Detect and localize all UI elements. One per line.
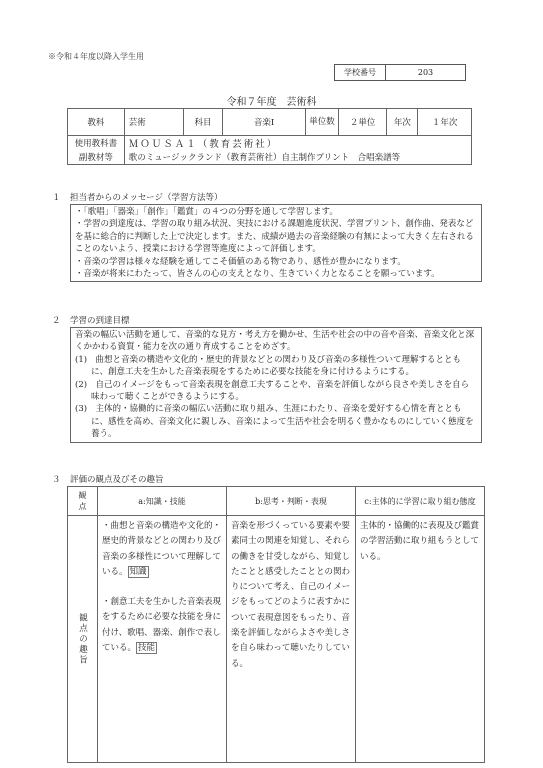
subject-area-label: 教科 [68,109,125,136]
message-line: ・「歌唱」「器楽」「創作」「鑑賞」の４つの分野を通して学習します。 [75,206,477,218]
row-label: 観点の趣旨 [77,613,89,666]
cell-knowledge-skills: ・曲想と音楽の構造や文化的・歴史的背景などとの関わり及び音楽の多様性について理解… [98,516,227,763]
skills-tag: 技能 [136,642,157,654]
goals-intro: 音楽の幅広い活動を通して、音楽的な見方・考え方を働かせ、生活や社会の中の音や音楽… [75,329,477,354]
school-number-box: 学校番号 203 [334,64,466,81]
section-3-title: 評価の観点及びその趣旨 [70,475,164,485]
knowledge-text: ・曲想と音楽の構造や文化的・歴史的背景などとの関わり及び音楽の多様性について理解… [102,521,221,577]
credits-label: 単位数 [305,109,338,136]
message-line: ・音楽の学習は様々な経験を通してこそ価値のある物であり、感性が豊かになります。 [75,256,477,268]
textbook-label: 使用教科書 [68,136,125,151]
cell-attitude: 主体的・協働的に表現及び鑑賞の学習活動に取り組もうとしている。 [356,516,485,763]
course-value: 音楽Ⅰ [223,109,306,136]
grade-label: 年次 [387,109,418,136]
grade-value: １年次 [418,109,472,136]
row-header: 観点の趣旨 [68,516,98,763]
skills-text: ・創意工夫を生かした音楽表現をするために必要な技能を身に付け、歌唱、器楽、創作で… [102,597,221,653]
teacher-message-box: ・「歌唱」「器楽」「創作」「鑑賞」の４つの分野を通して学習します。 ・学習の到達… [70,204,482,282]
message-line: ・学習の到達度は、学習の取り組み状況、実技における課題進度状況、学習プリント、創… [75,218,477,255]
subject-area-value: 芸術 [124,109,183,136]
section-3-heading: ３評価の観点及びその趣旨 [52,473,164,485]
column-header-b: b:思考・判断・表現 [227,487,356,516]
supplementary-value: 歌のミュージックランド（教育芸術社）自主制作プリント 合唱楽譜等 [124,150,471,165]
textbook-value: ＭＯＵＳＡ１（教育芸術社） [124,136,471,151]
goal-item: (3) 主体的・協働的に音楽の幅広い活動に取り組み、生涯にわたり、音楽を愛好する… [75,403,477,440]
supplementary-label: 副教材等 [68,150,125,165]
goal-item: (2) 自己のイメージをもって音楽表現を創意工夫することや、音楽を評価しながら良… [75,379,477,404]
section-2-number: ２ [52,314,70,326]
target-students-note: ※令和４年度以降入学生用 [48,51,144,62]
column-header-a: a:知識・技能 [98,487,227,516]
corner-label: 観点 [78,490,88,512]
page-title: 令和７年度 芸術科 [0,93,543,108]
section-1-title: 担当者からのメッセージ（学習方法等） [70,193,223,203]
section-1-heading: １担当者からのメッセージ（学習方法等） [52,191,223,203]
course-info-table: 教科 芸術 科目 音楽Ⅰ 単位数 ２単位 年次 １年次 使用教科書 ＭＯＵＳＡ１… [67,108,472,165]
goal-item: (1) 曲想と音楽の構造や文化的・歴史的背景などとの関わり及び音楽の多様性ついて… [75,354,477,379]
school-number-value: 203 [386,65,465,80]
evaluation-table: 観点 a:知識・技能 b:思考・判断・表現 c:主体的に学習に取り組む態度 観点… [67,486,485,763]
section-3-number: ３ [52,473,70,485]
message-line: ・音楽が将来にわたって、皆さんの心の支えとなり、生きていく力となることを願ってい… [75,268,477,280]
credits-value: ２単位 [339,109,387,136]
section-2-title: 学習の到達目標 [70,316,130,326]
cell-thinking-expression: 音楽を形づくっている要素や要素同士の関連を知覚し、それらの働きを甘受しながら、知… [227,516,356,763]
course-label: 科目 [183,109,223,136]
corner-header: 観点 [68,487,98,516]
school-number-label: 学校番号 [335,65,386,80]
knowledge-tag: 知識 [128,566,149,578]
learning-goals-box: 音楽の幅広い活動を通して、音楽的な見方・考え方を働かせ、生活や社会の中の音や音楽… [70,327,482,443]
section-2-heading: ２学習の到達目標 [52,314,130,326]
column-header-c: c:主体的に学習に取り組む態度 [356,487,485,516]
section-1-number: １ [52,191,70,203]
